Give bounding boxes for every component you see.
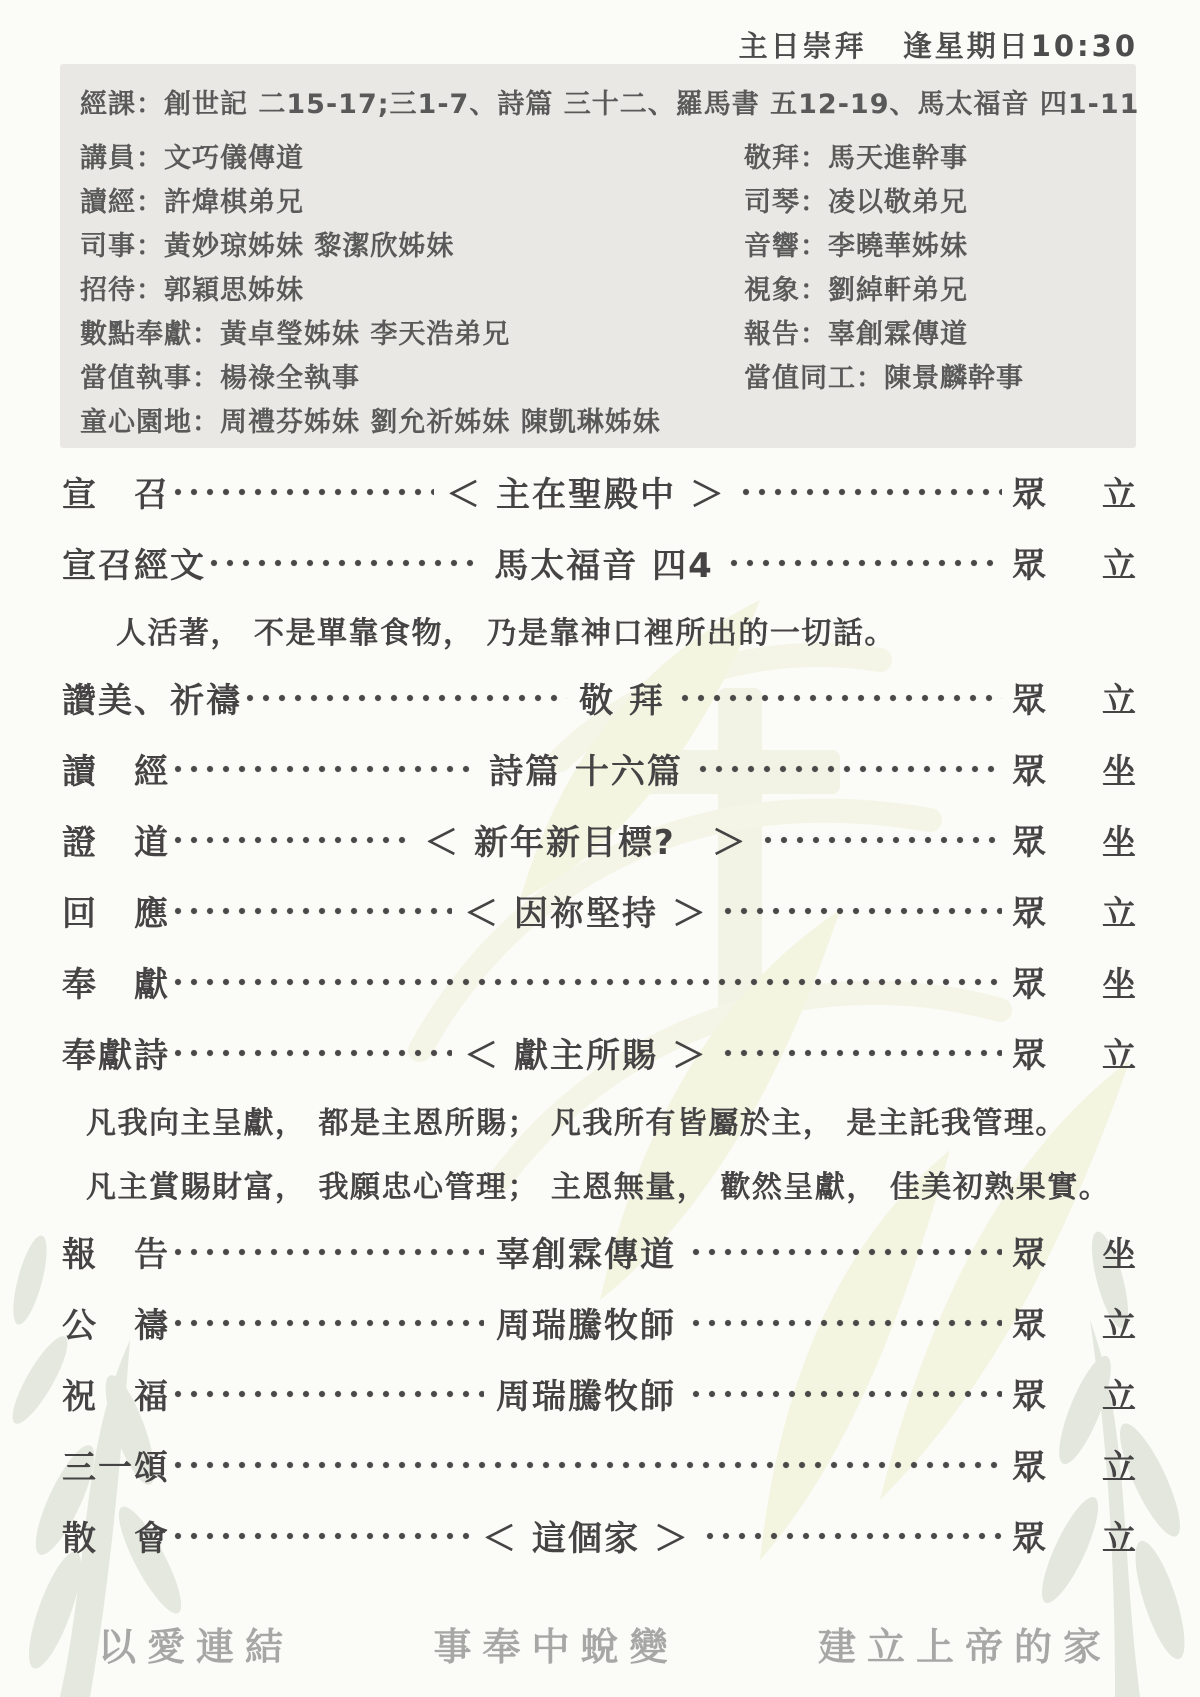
role-label: 童心園地：	[80, 407, 220, 438]
service-item-label: 奉 獻	[62, 957, 170, 1006]
role-value: 辜創霖傳道	[828, 319, 968, 350]
posture-label: 坐	[1102, 815, 1136, 864]
congregation-label: 眾	[1012, 886, 1046, 935]
service-row: 讚美、祈禱 敬 拜 眾 立	[62, 662, 1138, 733]
footer-slogan-part: 以愛連結	[98, 1616, 294, 1671]
posture-label: 立	[1102, 467, 1136, 516]
service-item-content: ＜ 新年新目標? ＞	[412, 815, 760, 864]
dotted-leader	[170, 906, 452, 916]
page-title: 主日崇拜	[739, 24, 867, 65]
dotted-leader	[170, 835, 412, 845]
dotted-leader	[738, 487, 1002, 497]
role-value: 周禮芬姊妹 劉允祈姊妹 陳凱琳姊妹	[220, 407, 661, 438]
role-line: 視象：劉綽軒弟兄	[744, 269, 1118, 313]
posture-label: 立	[1102, 886, 1136, 935]
role-label: 敬拜：	[744, 143, 828, 174]
role-value: 凌以敬弟兄	[828, 187, 968, 218]
service-row: 報 告 辜創霖傳道 眾 坐	[62, 1216, 1138, 1287]
service-item-content: ＜ 獻主所賜 ＞	[452, 1028, 720, 1077]
footer-slogan-part: 事奉中蛻變	[433, 1616, 678, 1671]
roles-column-left: 講員：文巧儀傳道讀經：許煒棋弟兄司事：黃妙琼姊妹 黎潔欣姊妹招待：郭穎思姊妹數點…	[80, 137, 744, 445]
role-line: 讀經：許煒棋弟兄	[80, 181, 744, 225]
dotted-leader	[170, 1531, 470, 1541]
dotted-leader	[726, 558, 1002, 568]
role-label: 數點奉獻：	[80, 319, 220, 350]
service-item-content: ＜ 這個家 ＞	[470, 1511, 702, 1560]
posture-label: 立	[1102, 1369, 1136, 1418]
role-value: 劉綽軒弟兄	[828, 275, 968, 306]
dotted-leader	[170, 487, 434, 497]
service-item-label: 散 會	[62, 1511, 170, 1560]
role-line: 當值執事：楊祿全執事	[80, 357, 744, 401]
dotted-leader	[677, 693, 1002, 703]
role-line: 講員：文巧儀傳道	[80, 137, 744, 181]
scripture-quote: 凡主賞賜財富， 我願忠心管理； 主恩無量， 歡然呈獻， 佳美初熟果實。	[62, 1152, 1138, 1216]
service-row: 奉獻詩 ＜ 獻主所賜 ＞ 眾 立	[62, 1017, 1138, 1088]
role-label: 講員：	[80, 143, 164, 174]
role-label: 讀經：	[80, 187, 164, 218]
congregation-label: 眾	[1012, 673, 1046, 722]
service-time: 逢星期日10:30	[903, 24, 1138, 65]
scripture-quote: 凡我向主呈獻， 都是主恩所賜； 凡我所有皆屬於主， 是主託我管理。	[62, 1088, 1138, 1152]
posture-label: 坐	[1102, 1227, 1136, 1276]
role-value: 馬天進幹事	[828, 143, 968, 174]
service-row: 讀 經 詩篇 十六篇 眾 坐	[62, 733, 1138, 804]
congregation-label: 眾	[1012, 1511, 1046, 1560]
role-value: 楊祿全執事	[220, 363, 360, 394]
roles-columns: 講員：文巧儀傳道讀經：許煒棋弟兄司事：黃妙琼姊妹 黎潔欣姊妹招待：郭穎思姊妹數點…	[80, 137, 1118, 445]
service-row: 奉 獻 眾 坐	[62, 946, 1138, 1017]
service-item-label: 報 告	[62, 1227, 170, 1276]
role-label: 當值同工：	[744, 363, 884, 394]
dotted-leader	[586, 977, 1002, 987]
service-row: 三一頌 眾 立	[62, 1429, 1138, 1500]
service-item-content: 詩篇 十六篇	[477, 744, 695, 793]
service-item-content: 周瑞騰牧師	[484, 1298, 688, 1347]
role-line: 司事：黃妙琼姊妹 黎潔欣姊妹	[80, 225, 744, 269]
role-label: 視象：	[744, 275, 828, 306]
service-item-label: 三一頌	[62, 1440, 170, 1489]
service-row: 宣 召 ＜ 主在聖殿中 ＞ 眾 立	[62, 456, 1138, 527]
role-line: 敬拜：馬天進幹事	[744, 137, 1118, 181]
service-row: 散 會 ＜ 這個家 ＞ 眾 立	[62, 1500, 1138, 1571]
posture-label: 立	[1102, 1511, 1136, 1560]
role-line: 童心園地：周禮芬姊妹 劉允祈姊妹 陳凱琳姊妹	[80, 401, 744, 445]
role-label: 報告：	[744, 319, 828, 350]
role-value: 黃卓瑩姊妹 李天浩弟兄	[220, 319, 510, 350]
scripture-quote: 人活著， 不是單靠食物， 乃是靠神口裡所出的一切話。	[62, 598, 1138, 662]
dotted-leader	[170, 764, 477, 774]
congregation-label: 眾	[1012, 467, 1046, 516]
service-row: 公 禱 周瑞騰牧師 眾 立	[62, 1287, 1138, 1358]
role-label: 司琴：	[744, 187, 828, 218]
service-row: 祝 福 周瑞騰牧師 眾 立	[62, 1358, 1138, 1429]
dotted-leader	[760, 835, 1002, 845]
dotted-leader	[586, 1460, 1002, 1470]
dotted-leader	[695, 764, 1002, 774]
role-label: 司事：	[80, 231, 164, 262]
dotted-leader	[688, 1318, 1002, 1328]
dotted-leader	[206, 558, 482, 568]
service-item-content: 辜創霖傳道	[484, 1227, 688, 1276]
role-label: 當值執事：	[80, 363, 220, 394]
service-item-label: 奉獻詩	[62, 1028, 170, 1077]
posture-label: 立	[1102, 538, 1136, 587]
service-row: 宣召經文 馬太福音 四4 眾 立	[62, 527, 1138, 598]
order-of-service: 宣 召 ＜ 主在聖殿中 ＞ 眾 立 宣召經文 馬太福音 四4 眾 立 人活著， …	[62, 456, 1138, 1571]
service-item-label: 宣 召	[62, 467, 170, 516]
congregation-label: 眾	[1012, 1440, 1046, 1489]
lectionary-line: 經課：創世記 二15-17;三1-7、詩篇 三十二、羅馬書 五12-19、馬太福…	[80, 82, 1118, 121]
posture-label: 坐	[1102, 744, 1136, 793]
service-row: 回 應 ＜ 因祢堅持 ＞ 眾 立	[62, 875, 1138, 946]
role-line: 數點奉獻：黃卓瑩姊妹 李天浩弟兄	[80, 313, 744, 357]
role-label: 招待：	[80, 275, 164, 306]
dotted-leader	[170, 1318, 484, 1328]
role-value: 黃妙琼姊妹 黎潔欣姊妹	[164, 231, 454, 262]
roles-column-right: 敬拜：馬天進幹事司琴：凌以敬弟兄音響：李曉華姊妹視象：劉綽軒弟兄報告：辜創霖傳道…	[744, 137, 1118, 445]
page-header: 主日崇拜逢星期日10:30	[739, 24, 1138, 65]
role-line: 報告：辜創霖傳道	[744, 313, 1118, 357]
service-item-label: 讀 經	[62, 744, 170, 793]
dotted-leader	[170, 1048, 452, 1058]
service-item-label: 證 道	[62, 815, 170, 864]
dotted-leader	[720, 1048, 1002, 1058]
service-item-label: 公 禱	[62, 1298, 170, 1347]
dotted-leader	[688, 1247, 1002, 1257]
dotted-leader	[170, 1389, 484, 1399]
role-value: 陳景麟幹事	[884, 363, 1024, 394]
footer-slogan-part: 建立上帝的家	[818, 1616, 1112, 1671]
congregation-label: 眾	[1012, 744, 1046, 793]
role-line: 音響：李曉華姊妹	[744, 225, 1118, 269]
posture-label: 立	[1102, 1298, 1136, 1347]
footer-slogan: 以愛連結 事奉中蛻變 建立上帝的家	[98, 1616, 1112, 1671]
role-value: 郭穎思姊妹	[164, 275, 304, 306]
role-line: 司琴：凌以敬弟兄	[744, 181, 1118, 225]
dotted-leader	[170, 1247, 484, 1257]
congregation-label: 眾	[1012, 1369, 1046, 1418]
dotted-leader	[170, 977, 586, 987]
service-item-content: ＜ 主在聖殿中 ＞	[434, 467, 738, 516]
service-item-content: 敬 拜	[567, 673, 677, 722]
posture-label: 坐	[1102, 957, 1136, 1006]
role-label: 音響：	[744, 231, 828, 262]
posture-label: 立	[1102, 1028, 1136, 1077]
role-value: 文巧儀傳道	[164, 143, 304, 174]
dotted-leader	[242, 693, 567, 703]
congregation-label: 眾	[1012, 1227, 1046, 1276]
service-item-content: 馬太福音 四4	[482, 538, 726, 587]
role-line: 當值同工：陳景麟幹事	[744, 357, 1118, 401]
service-item-content: 周瑞騰牧師	[484, 1369, 688, 1418]
dotted-leader	[720, 906, 1002, 916]
service-item-label: 回 應	[62, 886, 170, 935]
congregation-label: 眾	[1012, 538, 1046, 587]
dotted-leader	[688, 1389, 1002, 1399]
service-item-label: 祝 福	[62, 1369, 170, 1418]
role-line: 招待：郭穎思姊妹	[80, 269, 744, 313]
service-row: 證 道 ＜ 新年新目標? ＞ 眾 坐	[62, 804, 1138, 875]
bulletin-page: 主日崇拜逢星期日10:30 經課：創世記 二15-17;三1-7、詩篇 三十二、…	[0, 0, 1200, 1697]
congregation-label: 眾	[1012, 957, 1046, 1006]
service-item-content: ＜ 因祢堅持 ＞	[452, 886, 720, 935]
congregation-label: 眾	[1012, 815, 1046, 864]
service-info-box: 經課：創世記 二15-17;三1-7、詩篇 三十二、羅馬書 五12-19、馬太福…	[60, 64, 1136, 448]
congregation-label: 眾	[1012, 1028, 1046, 1077]
posture-label: 立	[1102, 673, 1136, 722]
dotted-leader	[170, 1460, 586, 1470]
service-item-label: 讚美、祈禱	[62, 673, 242, 722]
service-item-label: 宣召經文	[62, 538, 206, 587]
dotted-leader	[702, 1531, 1002, 1541]
posture-label: 立	[1102, 1440, 1136, 1489]
role-value: 許煒棋弟兄	[164, 187, 304, 218]
role-value: 李曉華姊妹	[828, 231, 968, 262]
congregation-label: 眾	[1012, 1298, 1046, 1347]
